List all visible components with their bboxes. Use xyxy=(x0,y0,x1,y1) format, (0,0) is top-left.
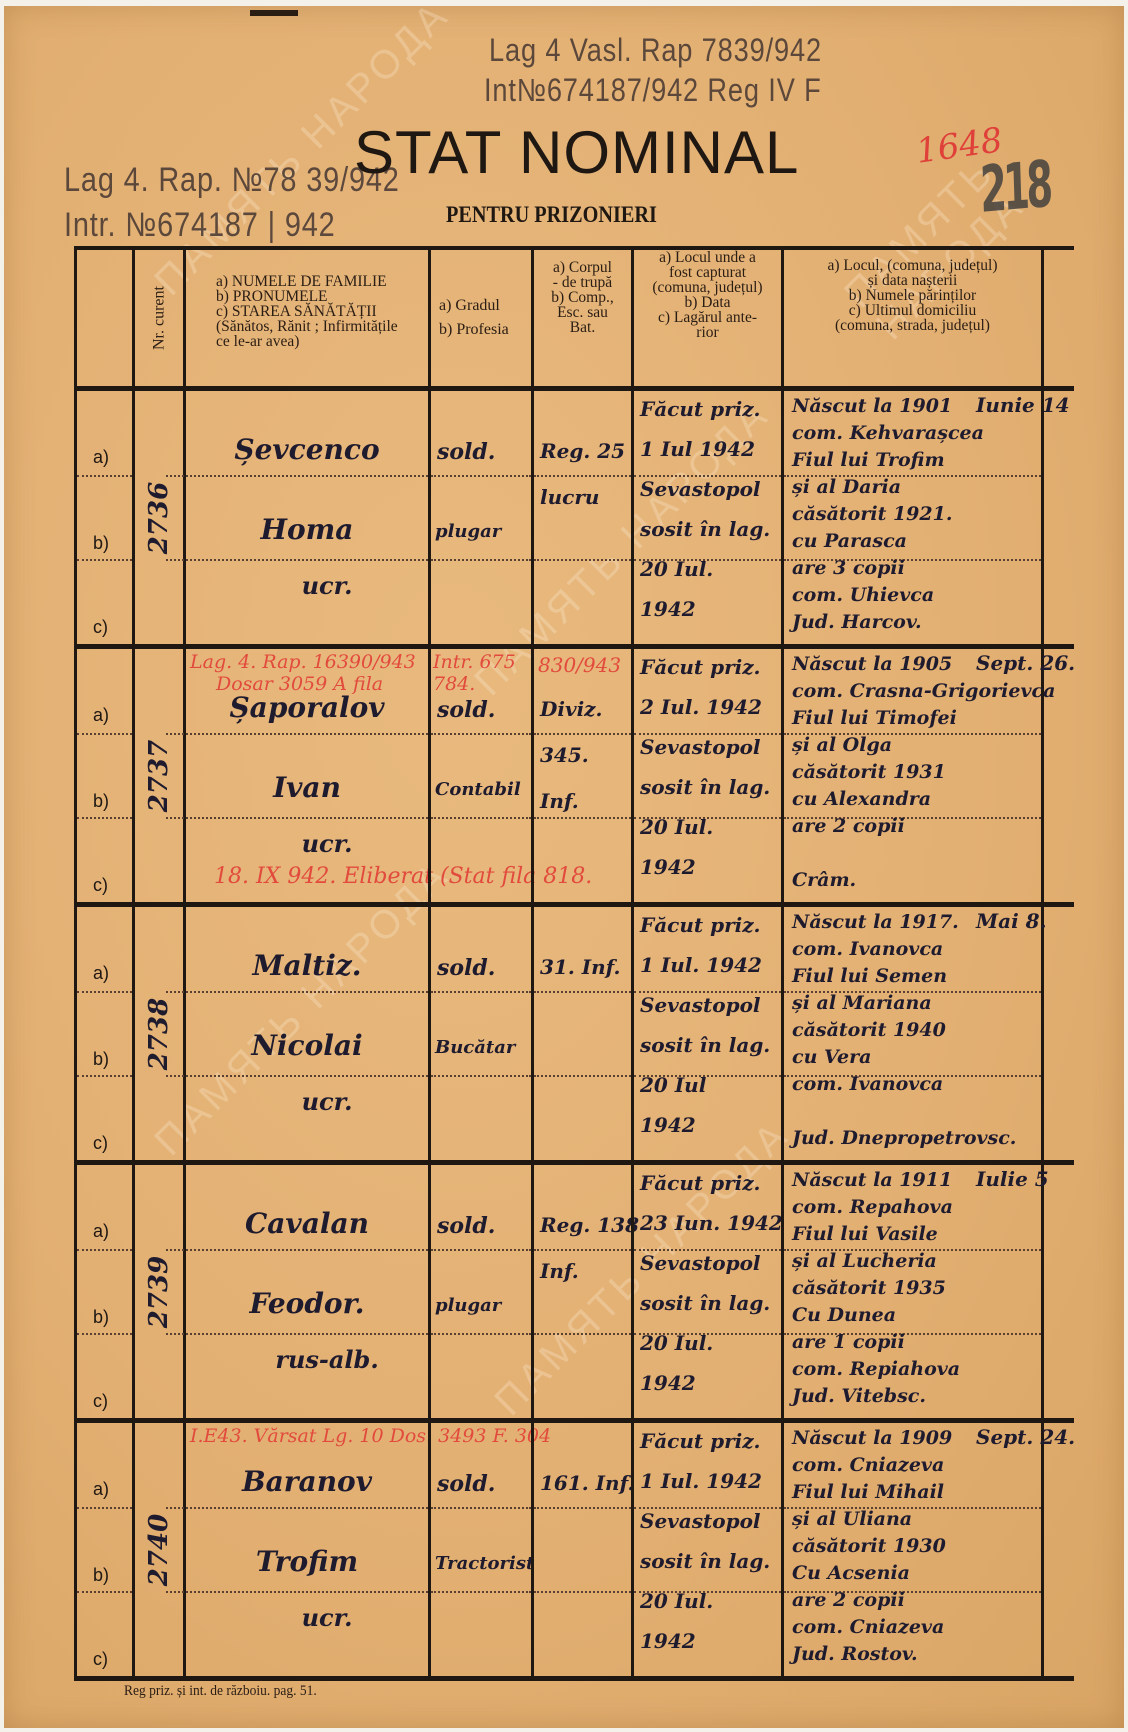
bio-line-text: Fiul lui Trofim xyxy=(792,449,945,471)
bio-line-text: Jud. Dnepropetrovsc. xyxy=(792,1127,1016,1149)
table-row: a) b) c) 2738 Maltiz. Nicolai ucr. sold.… xyxy=(74,907,1074,1165)
bio-line-text: are 3 copii xyxy=(792,557,905,579)
table-row: a) b) c) 2736 Șevcenco Homa ucr. sold. p… xyxy=(74,391,1074,649)
cap-line-text: 1942 xyxy=(640,1371,696,1395)
records-body: a) b) c) 2736 Șevcenco Homa ucr. sold. p… xyxy=(74,391,1074,1676)
header-line: b) Data xyxy=(640,295,775,310)
name-cell: Cavalan Feodor. rus-alb. xyxy=(183,1165,428,1418)
serial-cell: 2737 xyxy=(132,649,183,902)
red-annotation-rank2: 784. xyxy=(433,673,475,695)
header-rank: a) Gradulb) Profesia xyxy=(428,250,531,386)
bio-line-text: Cu Acsenia xyxy=(792,1562,910,1584)
header-line: a) Locul unde a xyxy=(640,250,775,265)
header-line: b) Comp., xyxy=(540,290,625,305)
profession: plugar xyxy=(435,521,501,542)
bio-line-text: com. Repiahova xyxy=(792,1358,960,1380)
table-header: Nr. curent a) NUMELE DE FAMILIEb) PRONUM… xyxy=(74,250,1074,391)
serial-cell: 2739 xyxy=(132,1165,183,1418)
header-line: a) NUMELE DE FAMILIE xyxy=(216,274,422,289)
header-line: a) Locul, (comuna, județul) xyxy=(790,258,1035,273)
document-subtitle: PENTRU PRIZONIERI xyxy=(446,202,657,228)
footer-reference: Reg priz. și int. de războiu. pag. 51. xyxy=(124,1683,317,1700)
margin-birth-date-note: Mai 8. xyxy=(976,909,1047,933)
row-letters: a) b) c) xyxy=(74,1423,132,1676)
unit-cell: 31. Inf. xyxy=(531,907,631,1160)
margin-birth-date-note: Iulie 5 xyxy=(976,1167,1049,1191)
unit-line-text: Inf. xyxy=(540,789,579,813)
name-cell: Șevcenco Homa ucr. xyxy=(183,391,428,644)
rank-cell: Intr. 675 784. sold. Contabil xyxy=(428,649,531,902)
cap-line-text: Sevastopol xyxy=(640,1509,761,1533)
header-line: c) Lagărul ante- xyxy=(640,310,775,325)
profession: Contabil xyxy=(435,779,521,800)
rank: sold. xyxy=(437,955,495,981)
cap-line-text: sosit în lag. xyxy=(640,775,770,799)
red-annotation-top: Lag. 4. Rap. 16390/943 xyxy=(190,651,416,673)
row-letter-b: b) xyxy=(93,533,109,554)
cap-line-text: 2 Iul. 1942 xyxy=(640,695,762,719)
rank: sold. xyxy=(437,439,495,465)
unit-line-text: Reg. 25 xyxy=(540,439,625,463)
row-letter-b: b) xyxy=(93,1565,109,1586)
header-line: Bat. xyxy=(540,320,625,335)
profession: Bucătar xyxy=(435,1037,515,1058)
unit-line-text: Inf. xyxy=(540,1259,579,1283)
bio-line-text: Născut la 1909 xyxy=(792,1427,952,1449)
capture-cell: Făcut priz.1 Iul 1942Sevastopolsosit în … xyxy=(631,391,781,644)
row-letter-c: c) xyxy=(93,1391,108,1412)
bio-line-text: căsătorit 1921. xyxy=(792,503,952,525)
cap-line-text: sosit în lag. xyxy=(640,517,770,541)
table-row: a) b) c) 2739 Cavalan Feodor. rus-alb. s… xyxy=(74,1165,1074,1423)
document-title: STAT NOMINAL xyxy=(354,118,799,187)
capture-cell: Făcut priz.2 Iul. 1942Sevastopolsosit în… xyxy=(631,649,781,902)
bio-line-text: com. Ivanovca xyxy=(792,1073,943,1095)
unit-cell: Reg. 138Inf. xyxy=(531,1165,631,1418)
header-line: b) Numele părinților xyxy=(790,288,1035,303)
cap-line-text: Sevastopol xyxy=(640,735,761,759)
row-letter-b: b) xyxy=(93,1307,109,1328)
bio-line-text: și al Olga xyxy=(792,734,892,756)
cap-line-text: Făcut priz. xyxy=(640,1429,761,1453)
unit-cell: 830/943 Diviz.345.Inf. xyxy=(531,649,631,902)
birth-cell: Născut la 1905com. Crasna-GrigorievcaFiu… xyxy=(781,649,1044,902)
capture-cell: Făcut priz.1 Iul. 1942Sevastopolsosit în… xyxy=(631,1423,781,1676)
surname: Baranov xyxy=(186,1465,428,1498)
profession: plugar xyxy=(435,1295,501,1316)
header-line: a) Gradul xyxy=(439,294,525,318)
row-letter-a: a) xyxy=(93,705,109,726)
header-line: (Sănătos, Rănit ; Infirmitățile xyxy=(216,319,422,334)
bio-line-text: Jud. Rostov. xyxy=(792,1643,918,1665)
pencil-folio-number: 218 xyxy=(979,148,1051,228)
cap-line-text: Făcut priz. xyxy=(640,655,761,679)
bio-line-text: Jud. Vitebsc. xyxy=(792,1385,926,1407)
header-name: a) NUMELE DE FAMILIEb) PRONUMELEc) STARE… xyxy=(183,250,428,386)
stamp-left-report: Lag 4. Rap. №78 39/942 xyxy=(64,161,400,200)
serial-number: 2739 xyxy=(144,1255,174,1327)
margin-birth-date-note: Sept. 24. xyxy=(976,1425,1075,1449)
header-line: ce le-ar avea) xyxy=(216,334,422,349)
bio-line-text: Crâm. xyxy=(792,869,856,891)
bio-line-text: Născut la 1917. xyxy=(792,911,959,933)
cap-line-text: sosit în lag. xyxy=(640,1033,770,1057)
bio-line-text: și al Daria xyxy=(792,476,901,498)
cap-line-text: 20 Iul. xyxy=(640,557,713,581)
red-annotation-unit: 830/943 xyxy=(538,653,621,677)
header-line: c) STAREA SĂNĂTĂȚII xyxy=(216,304,422,319)
stamp-report-number: Lag 4 Vasl. Rap 7839/942 xyxy=(489,32,822,69)
row-letters: a) b) c) xyxy=(74,1165,132,1418)
row-letters: a) b) c) xyxy=(74,907,132,1160)
health-status: ucr. xyxy=(226,1087,428,1116)
unit-line-text: lucru xyxy=(540,485,599,509)
margin-birth-date-note: Sept. 26. xyxy=(976,651,1075,675)
health-status: ucr. xyxy=(226,571,428,600)
bio-line-text: com. Cniazeva xyxy=(792,1616,944,1638)
rank-cell: sold. plugar xyxy=(428,391,531,644)
row-letters: a) b) c) xyxy=(74,649,132,902)
margin-birth-date-note: Iunie 14 xyxy=(976,393,1070,417)
name-cell: Maltiz. Nicolai ucr. xyxy=(183,907,428,1160)
header-birth: a) Locul, (comuna, județul)și data naște… xyxy=(781,250,1044,386)
bio-line-text: Fiul lui Timofei xyxy=(792,707,957,729)
bio-line-text: com. Repahova xyxy=(792,1196,953,1218)
row-letter-b: b) xyxy=(93,791,109,812)
bio-line-text: Născut la 1911 xyxy=(792,1169,952,1191)
serial-number: 2740 xyxy=(144,1513,174,1585)
red-annotation-rank: Intr. 675 xyxy=(433,651,516,673)
surname: Cavalan xyxy=(186,1207,428,1240)
rank: sold. xyxy=(437,1213,495,1239)
first-name: Nicolai xyxy=(186,1029,428,1062)
name-cell: I.E43. Vărsat Lg. 10 Dos. 3493 F. 304 Ba… xyxy=(183,1423,428,1676)
surname: Maltiz. xyxy=(186,949,428,982)
bio-line-text: are 1 copii xyxy=(792,1331,905,1353)
table-row: a) b) c) 2737 Lag. 4. Rap. 16390/943 Dos… xyxy=(74,649,1074,907)
name-cell: Lag. 4. Rap. 16390/943 Dosar 3059 A fila… xyxy=(183,649,428,902)
bio-line-text: Cu Dunea xyxy=(792,1304,896,1326)
row-letter-b: b) xyxy=(93,1049,109,1070)
bio-line-text: cu Vera xyxy=(792,1046,871,1068)
header-line: (comuna, strada, județul) xyxy=(790,318,1035,333)
cap-line-text: Făcut priz. xyxy=(640,913,761,937)
profession: Tractorist xyxy=(435,1553,534,1574)
row-letter-c: c) xyxy=(93,1649,108,1670)
first-name: Ivan xyxy=(186,771,428,804)
bio-line-text: Fiul lui Vasile xyxy=(792,1223,938,1245)
surname: Șaporalov xyxy=(186,691,428,724)
serial-cell: 2736 xyxy=(132,391,183,644)
header-line: fost capturat xyxy=(640,265,775,280)
cap-line-text: 1942 xyxy=(640,855,696,879)
stamp-intr-number: Int№674187/942 Reg IV F xyxy=(484,72,822,109)
cap-line-text: 1942 xyxy=(640,1113,696,1137)
bio-line-text: Născut la 1905 xyxy=(792,653,952,675)
first-name: Feodor. xyxy=(186,1287,428,1320)
capture-cell: Făcut priz.1 Iul. 1942Sevastopolsosit în… xyxy=(631,907,781,1160)
serial-cell: 2740 xyxy=(132,1423,183,1676)
cap-line-text: Făcut priz. xyxy=(640,1171,761,1195)
serial-number: 2736 xyxy=(144,481,174,553)
row-letter-a: a) xyxy=(93,1479,109,1500)
header-letter-col xyxy=(74,250,132,386)
cap-line-text: Sevastopol xyxy=(640,993,761,1017)
header-line: (comuna, județul) xyxy=(640,280,775,295)
header-line: b) Profesia xyxy=(439,318,525,342)
bio-line-text: are 2 copii xyxy=(792,1589,905,1611)
cap-line-text: 1 Iul. 1942 xyxy=(640,953,762,977)
table-row: a) b) c) 2740 I.E43. Vărsat Lg. 10 Dos. … xyxy=(74,1423,1074,1676)
prisoner-table: Nr. curent a) NUMELE DE FAMILIEb) PRONUM… xyxy=(74,246,1074,1681)
unit-cell: 161. Inf. xyxy=(531,1423,631,1676)
cap-line-text: 1 Iul 1942 xyxy=(640,437,755,461)
birth-cell: Născut la 1917.com. IvanovcaFiul lui Sem… xyxy=(781,907,1044,1160)
stamp-left-intr: Intr. №674187 | 942 xyxy=(64,206,336,245)
row-letter-c: c) xyxy=(93,617,108,638)
bio-line-text: com. Cniazeva xyxy=(792,1454,944,1476)
rank: sold. xyxy=(437,1471,495,1497)
cap-line-text: Făcut priz. xyxy=(640,397,761,421)
bio-line-text: căsătorit 1935 xyxy=(792,1277,946,1299)
health-status: ucr. xyxy=(226,1603,428,1632)
rank-cell: sold. Tractorist xyxy=(428,1423,531,1676)
unit-cell: Reg. 25lucru xyxy=(531,391,631,644)
birth-cell: Născut la 1901com. KehvarașceaFiul lui T… xyxy=(781,391,1044,644)
bio-line-text: com. Uhievca xyxy=(792,584,934,606)
bio-line-text: Fiul lui Semen xyxy=(792,965,947,987)
cap-line-text: 1942 xyxy=(640,597,696,621)
unit-line-text: Diviz. xyxy=(540,697,602,721)
unit-line-text: 161. Inf. xyxy=(540,1471,634,1495)
cap-line-text: 1 Iul. 1942 xyxy=(640,1469,762,1493)
rank-cell: sold. plugar xyxy=(428,1165,531,1418)
header-line: Esc. sau xyxy=(540,305,625,320)
birth-cell: Născut la 1909com. CniazevaFiul lui Miha… xyxy=(781,1423,1044,1676)
row-letter-c: c) xyxy=(93,875,108,896)
rank: sold. xyxy=(437,697,495,723)
cap-line-text: 20 Iul. xyxy=(640,1589,713,1613)
row-letter-a: a) xyxy=(93,447,109,468)
bio-line-text: și al Mariana xyxy=(792,992,932,1014)
unit-line-text: 345. xyxy=(540,743,589,767)
header-line: rior xyxy=(640,325,775,340)
header-line: c) Ultimul domiciliu xyxy=(790,303,1035,318)
bio-line-text: Jud. Harcov. xyxy=(792,611,922,633)
header-line: a) Corpul xyxy=(540,260,625,275)
bio-line-text: și al Lucheria xyxy=(792,1250,937,1272)
header-line: b) PRONUMELE xyxy=(216,289,422,304)
bio-line-text: com. Crasna-Grigorievca xyxy=(792,680,1055,702)
rank-cell: sold. Bucătar xyxy=(428,907,531,1160)
bio-line-text: cu Alexandra xyxy=(792,788,931,810)
top-edge-mark xyxy=(250,10,298,16)
row-letter-c: c) xyxy=(93,1133,108,1154)
serial-cell: 2738 xyxy=(132,907,183,1160)
cap-line-text: Sevastopol xyxy=(640,1251,761,1275)
birth-cell: Născut la 1911com. RepahovaFiul lui Vasi… xyxy=(781,1165,1044,1418)
cap-line-text: 20 Iul xyxy=(640,1073,706,1097)
row-letter-a: a) xyxy=(93,1221,109,1242)
cap-line-text: 1942 xyxy=(640,1629,696,1653)
bio-line-text: Fiul lui Mihail xyxy=(792,1481,944,1503)
cap-line-text: Sevastopol xyxy=(640,477,761,501)
bio-line-text: căsătorit 1931 xyxy=(792,761,946,783)
cap-line-text: 20 Iul. xyxy=(640,815,713,839)
surname: Șevcenco xyxy=(186,433,428,466)
bio-line-text: căsătorit 1940 xyxy=(792,1019,946,1041)
document-page: ПАМЯТЬ НАРОДА ПАМЯТЬ НАРОДА ПАМЯТЬ НАРОД… xyxy=(4,6,1124,1728)
first-name: Homa xyxy=(186,513,428,546)
bio-line-text: com. Ivanovca xyxy=(792,938,943,960)
bio-line-text: are 2 copii xyxy=(792,815,905,837)
row-letter-a: a) xyxy=(93,963,109,984)
header-unit: a) Corpul- de trupăb) Comp.,Esc. sauBat. xyxy=(531,250,631,386)
header-nr-curent: Nr. curent xyxy=(132,250,183,386)
header-line: - de trupă xyxy=(540,275,625,290)
row-letters: a) b) c) xyxy=(74,391,132,644)
cap-line-text: 20 Iul. xyxy=(640,1331,713,1355)
bio-line-text: com. Kehvarașcea xyxy=(792,422,984,444)
bio-line-text: și al Uliana xyxy=(792,1508,912,1530)
bio-line-text: căsătorit 1930 xyxy=(792,1535,946,1557)
unit-line-text: 31. Inf. xyxy=(540,955,621,979)
cap-line-text: sosit în lag. xyxy=(640,1291,770,1315)
serial-number: 2737 xyxy=(144,739,174,811)
capture-cell: Făcut priz.23 Iun. 1942Sevastopolsosit î… xyxy=(631,1165,781,1418)
health-status: rus-alb. xyxy=(226,1345,428,1374)
cap-line-text: 23 Iun. 1942 xyxy=(640,1211,783,1235)
header-line: și data nașterii xyxy=(790,273,1035,288)
cap-line-text: sosit în lag. xyxy=(640,1549,770,1573)
serial-number: 2738 xyxy=(144,997,174,1069)
bio-line-text: cu Parasca xyxy=(792,530,907,552)
health-status: ucr. xyxy=(226,829,428,858)
bio-line-text: Născut la 1901 xyxy=(792,395,952,417)
first-name: Trofim xyxy=(186,1545,428,1578)
header-capture: a) Locul unde afost capturat(comuna, jud… xyxy=(631,250,781,386)
unit-line-text: Reg. 138 xyxy=(540,1213,639,1237)
